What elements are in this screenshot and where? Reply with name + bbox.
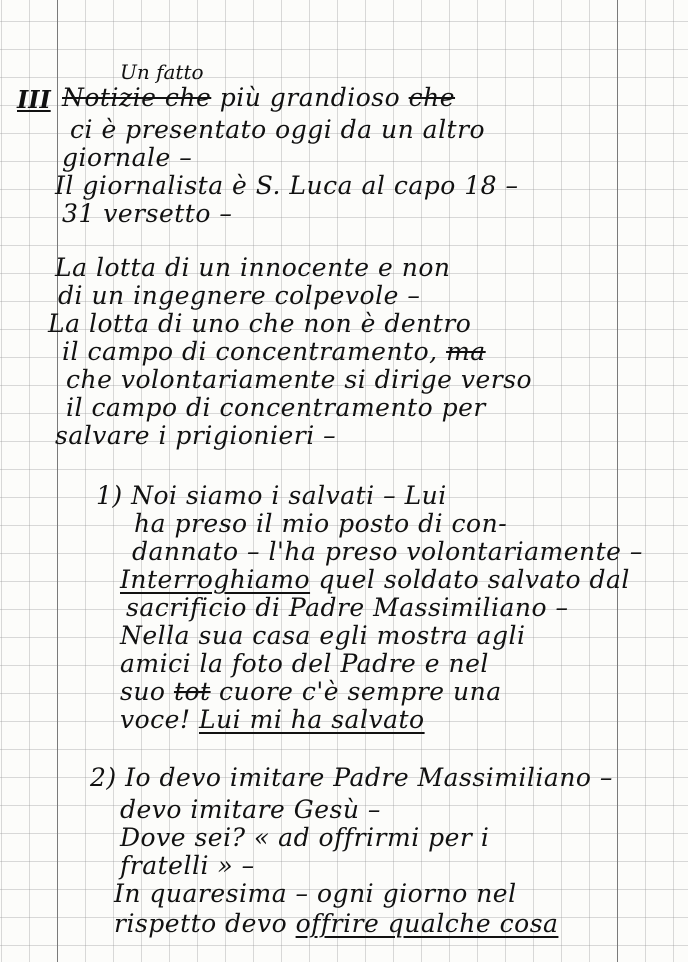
point-2-line-5: In quaresima – ogni giorno nel: [114, 880, 517, 908]
point-1-line-3: dannato – l'ha preso volontariamente –: [132, 538, 643, 566]
point-2-line-1: 2) Io devo imitare Padre Massimiliano –: [90, 764, 613, 792]
point-1-line-5: sacrificio di Padre Massimiliano –: [126, 594, 569, 622]
point-1-line-7: amici la foto del Padre e nel: [120, 650, 489, 678]
text-line-6: La lotta di un innocente e non: [55, 254, 450, 282]
line-text: Noi siamo i salvati – Lui: [131, 481, 447, 510]
line-text: Io devo imitare Padre Massimiliano –: [125, 763, 613, 792]
point-2-line-2: devo imitare Gesù –: [120, 796, 381, 824]
point-1-line-2: ha preso il mio posto di con-: [134, 510, 507, 538]
text-line-7: di un ingegnere colpevole –: [58, 282, 420, 310]
line-text: quel soldato salvato dal: [319, 565, 630, 594]
line-text: voce!: [120, 705, 191, 734]
point-1-line-4: Interroghiamo quel soldato salvato dal: [120, 566, 630, 594]
point-1-line-1: 1) Noi siamo i salvati – Lui: [96, 482, 447, 510]
struck-text: Notizie che: [62, 83, 211, 112]
point-2-line-4: fratelli » –: [120, 852, 255, 880]
line-text: il campo di concentramento,: [62, 337, 438, 366]
point-2-line-6: rispetto devo offrire qualche cosa: [114, 910, 558, 938]
underlined-text: Lui mi ha salvato: [199, 705, 425, 734]
point-1-line-8: suo tot cuore c'è sempre una: [120, 678, 502, 706]
point-number: 2): [90, 763, 117, 792]
struck-text: tot: [174, 677, 211, 706]
text-line-3: giornale –: [62, 144, 192, 172]
underlined-text: offrire qualche cosa: [296, 909, 559, 938]
point-2-line-3: Dove sei? « ad offrirmi per i: [120, 824, 489, 852]
text-line-4: Il giornalista è S. Luca al capo 18 –: [55, 172, 518, 200]
point-1-line-6: Nella sua casa egli mostra agli: [120, 622, 525, 650]
underlined-text: Interroghiamo: [120, 565, 310, 594]
line-text: rispetto devo: [114, 909, 287, 938]
struck-text: che: [409, 83, 455, 112]
insertion-above: Un fatto: [120, 60, 204, 84]
left-margin-line: [57, 0, 58, 962]
text-line-11: il campo di concentramento per: [66, 394, 486, 422]
line-text: più grandioso: [220, 83, 400, 112]
text-line-8: La lotta di uno che non è dentro: [48, 310, 471, 338]
text-line-5: 31 versetto –: [62, 200, 232, 228]
line-text: cuore c'è sempre una: [219, 677, 502, 706]
point-number: 1): [96, 481, 123, 510]
text-line-10: che volontariamente si dirige verso: [66, 366, 532, 394]
section-marker: III: [17, 85, 51, 114]
text-line-1: Notizie che più grandioso che: [62, 84, 455, 112]
point-1-line-9: voce! Lui mi ha salvato: [120, 706, 425, 734]
text-line-9: il campo di concentramento, ma: [62, 338, 486, 366]
text-line-2: ci è presentato oggi da un altro: [70, 116, 485, 144]
line-text: suo: [120, 677, 165, 706]
struck-text: ma: [446, 337, 486, 366]
right-margin-line: [617, 0, 618, 962]
text-line-12: salvare i prigionieri –: [55, 422, 336, 450]
